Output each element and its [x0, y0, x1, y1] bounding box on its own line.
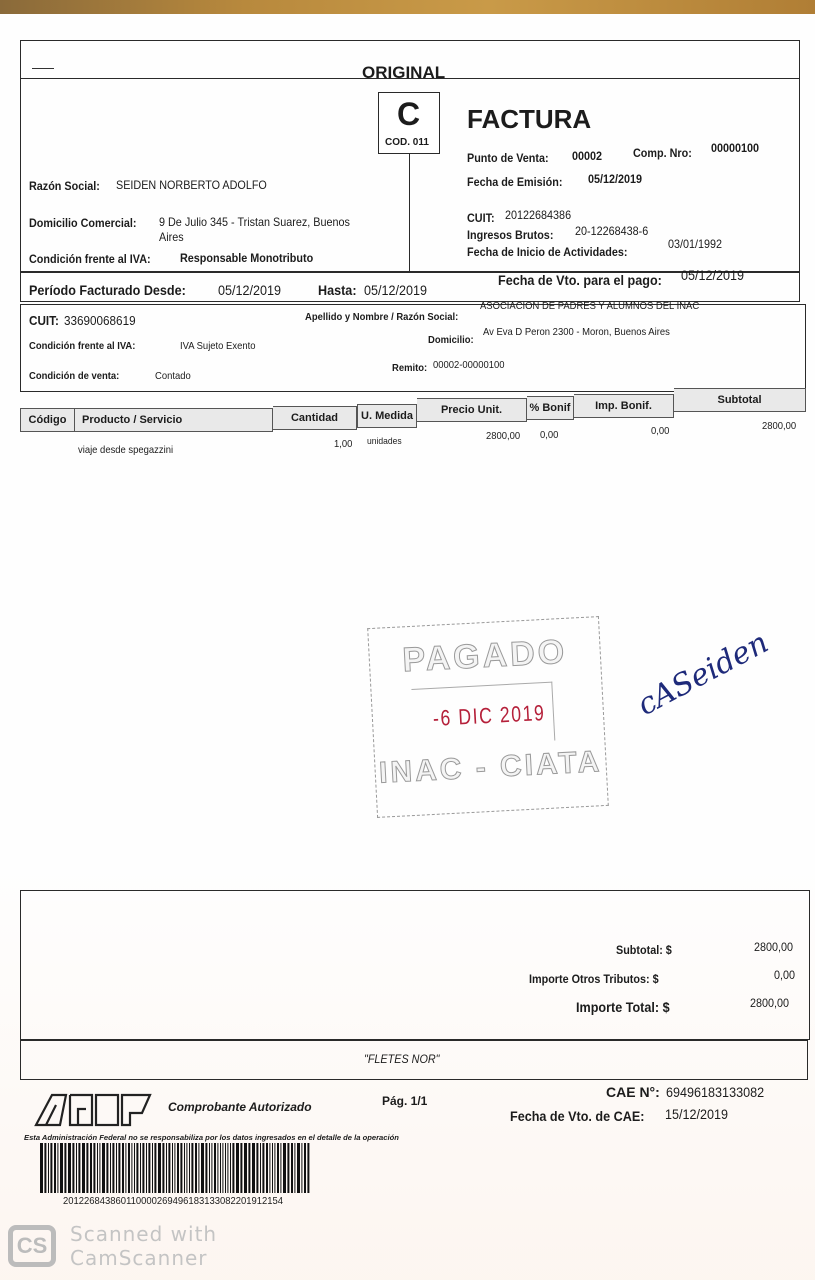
client-venta-label: Condición de venta:: [29, 370, 119, 382]
col-bonif-imp: Imp. Bonif.: [574, 394, 674, 418]
client-venta: Contado: [155, 370, 191, 382]
paid-stamp: PAGADO -6 DIC 2019 INAC - CIATA: [367, 616, 609, 818]
item-cantidad: 1,00: [334, 438, 352, 450]
subtotal-label: Subtotal: $: [616, 943, 672, 957]
subtotal-value: 2800,00: [754, 940, 793, 954]
ingresos-brutos: 20-12268438-6: [575, 224, 648, 238]
cae-label: CAE N°:: [606, 1084, 660, 1100]
issuer-iva: Responsable Monotributo: [180, 251, 313, 265]
camscanner-logo-icon: CS: [8, 1225, 56, 1267]
cae-vto-label: Fecha de Vto. de CAE:: [510, 1108, 644, 1124]
col-unidad: U. Medida: [357, 404, 417, 428]
vto-pago-label: Fecha de Vto. para el pago:: [498, 272, 662, 288]
authorized-label: Comprobante Autorizado: [168, 1100, 312, 1114]
item-unidad: unidades: [367, 436, 402, 447]
item-precio: 2800,00: [486, 430, 520, 442]
fecha-emision: 05/12/2019: [588, 172, 642, 186]
afip-logo-icon: [34, 1091, 154, 1127]
inicio-actividades: 03/01/1992: [668, 237, 722, 251]
col-cantidad: Cantidad: [273, 406, 357, 430]
observation-text: "FLETES NOR": [364, 1052, 439, 1066]
periodo-hasta: 05/12/2019: [364, 282, 427, 298]
issuer-razon-social: SEIDEN NORBERTO ADOLFO: [116, 178, 267, 192]
barcode: [38, 1143, 356, 1193]
remito-label: Remito:: [392, 362, 427, 374]
col-precio: Precio Unit.: [417, 398, 527, 422]
cae-vto: 15/12/2019: [665, 1106, 728, 1122]
client-nombre: ASOCIACION DE PADRES Y ALUMNOS DEL INAC: [480, 300, 699, 312]
otros-tributos-label: Importe Otros Tributos: $: [529, 972, 659, 986]
client-cuit: 33690068619: [64, 313, 136, 328]
issuer-domicilio-label: Domicilio Comercial:: [29, 216, 136, 230]
issuer-iva-label: Condición frente al IVA:: [29, 252, 151, 266]
items-table-header: Código Producto / Servicio Cantidad U. M…: [20, 394, 806, 434]
issuer-cuit: 20122684386: [505, 208, 571, 222]
item-subtotal: 2800,00: [762, 420, 796, 432]
document-type: FACTURA: [467, 104, 591, 135]
issuer-domicilio-line1: 9 De Julio 345 - Tristan Suarez, Buenos: [159, 215, 350, 229]
client-nombre-label: Apellido y Nombre / Razón Social:: [305, 311, 458, 323]
periodo-desde-label: Período Facturado Desde:: [29, 282, 186, 298]
disclaimer-text: Esta Administración Federal no se respon…: [24, 1133, 399, 1142]
stamp-paid-text: PAGADO: [369, 631, 601, 682]
camscanner-watermark: Scanned with CamScanner: [70, 1222, 217, 1270]
ingresos-brutos-label: Ingresos Brutos:: [467, 228, 553, 242]
client-domicilio: Av Eva D Peron 2300 - Moron, Buenos Aire…: [483, 326, 670, 338]
item-bonif-imp: 0,00: [651, 425, 669, 437]
cae-number: 69496183133082: [666, 1084, 764, 1100]
col-bonif-pct: % Bonif: [527, 396, 574, 420]
col-producto: Producto / Servicio: [75, 408, 273, 432]
issuer-domicilio-line2: Aires: [159, 230, 184, 244]
punto-venta: 00002: [572, 149, 602, 163]
dash-mark: [32, 68, 54, 69]
periodo-hasta-label: Hasta:: [318, 282, 357, 298]
otros-tributos-value: 0,00: [774, 968, 795, 982]
stamp-org-text: INAC - CIATA: [375, 745, 606, 791]
client-iva: IVA Sujeto Exento: [180, 340, 255, 352]
fecha-emision-label: Fecha de Emisión:: [467, 175, 562, 189]
punto-venta-label: Punto de Venta:: [467, 151, 549, 165]
vto-pago: 05/12/2019: [681, 267, 744, 283]
issuer-cuit-label: CUIT:: [467, 211, 495, 225]
inicio-actividades-label: Fecha de Inicio de Actividades:: [467, 245, 627, 259]
total-value: 2800,00: [750, 996, 789, 1010]
comp-nro: 00000100: [711, 141, 759, 155]
totals-section: [20, 890, 810, 1040]
col-subtotal: Subtotal: [674, 388, 806, 412]
col-codigo: Código: [20, 408, 75, 432]
comp-nro-label: Comp. Nro:: [633, 146, 692, 160]
invoice-letter: C: [397, 96, 420, 133]
client-cuit-label: CUIT:: [29, 313, 59, 328]
total-label: Importe Total: $: [576, 999, 670, 1015]
issuer-razon-social-label: Razón Social:: [29, 179, 100, 193]
item-producto: viaje desde spegazzini: [78, 444, 173, 456]
remito: 00002-00000100: [433, 359, 504, 371]
barcode-number: 2012268438601100002694961831330822019121…: [63, 1195, 283, 1207]
page-number: Pág. 1/1: [382, 1094, 427, 1108]
invoice-code: COD. 011: [385, 137, 429, 148]
client-iva-label: Condición frente al IVA:: [29, 340, 135, 352]
item-bonif-pct: 0,00: [540, 429, 558, 441]
periodo-desde: 05/12/2019: [218, 282, 281, 298]
client-domicilio-label: Domicilio:: [428, 334, 474, 346]
